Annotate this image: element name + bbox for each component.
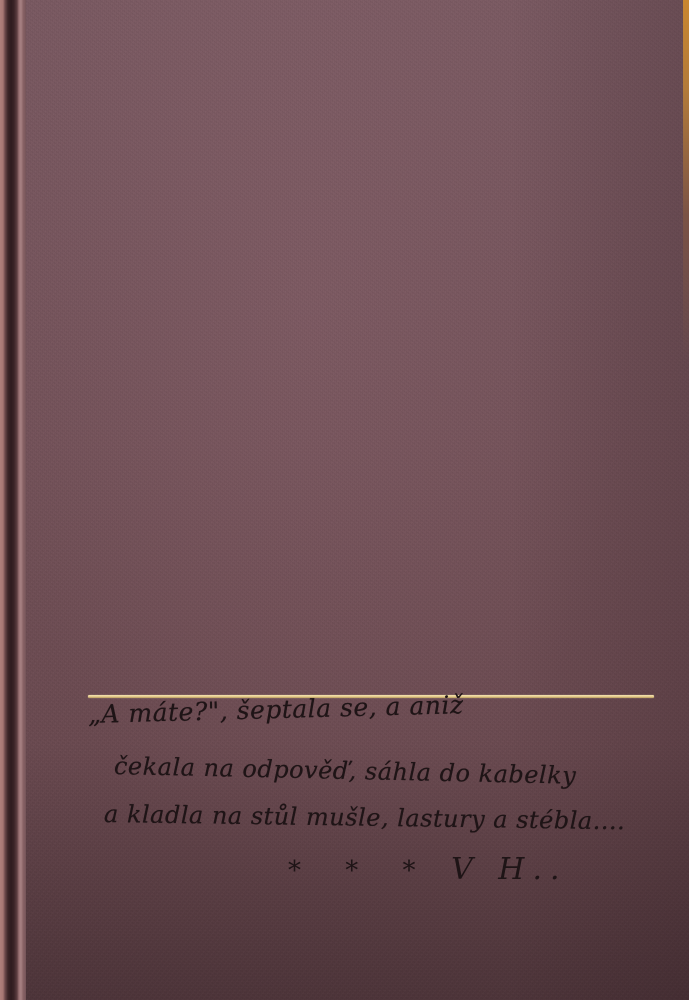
signature: V H.. bbox=[451, 852, 567, 887]
table-edge bbox=[683, 0, 689, 360]
shadow-bottom bbox=[0, 740, 689, 1000]
felt-texture bbox=[0, 0, 689, 1000]
book-spine-hinge bbox=[0, 0, 26, 1000]
gold-embossed-rule bbox=[88, 695, 654, 698]
book-cover: „A máte?", šeptala se, a aniž čekala na … bbox=[0, 0, 689, 1000]
shadow-right bbox=[509, 0, 689, 1000]
signature-block: * * * V H.. bbox=[288, 852, 568, 887]
inscription-line-3: a kladla na stůl mušle, lastury a stébla… bbox=[104, 800, 626, 835]
handwritten-inscription: „A máte?", šeptala se, a aniž čekala na … bbox=[0, 0, 689, 1000]
inscription-line-2: čekala na odpověď, sáhla do kabelky bbox=[114, 752, 577, 790]
asterisks-decoration: * * * bbox=[288, 856, 434, 886]
